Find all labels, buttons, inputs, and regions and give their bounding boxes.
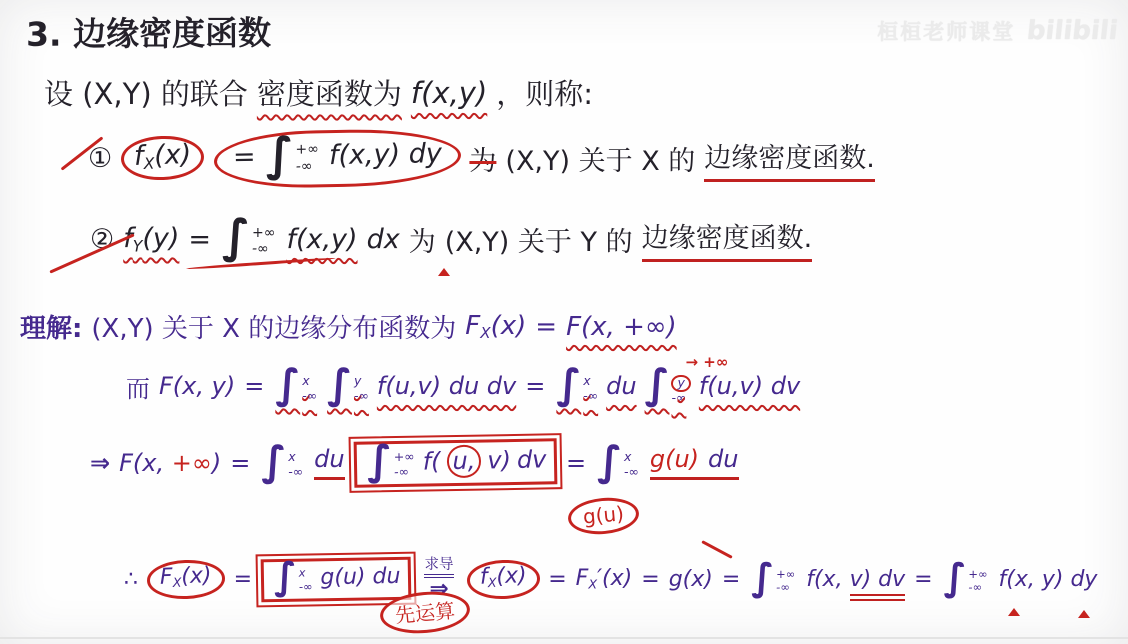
intro-fxy: f(x,y) (411, 76, 487, 110)
understanding-line: 理解: (X,Y) 关于 X 的边缘分布函数为 FX(x) = F(x, +∞) (20, 308, 677, 345)
F-prime-unit: FX′(x) (576, 566, 633, 593)
f-open: f( (422, 448, 440, 476)
understand-label: 理解: (20, 308, 82, 345)
intro-pre: 设 (X,Y) 的联合 (44, 72, 248, 113)
double-integral-group: ∫x-∞ ∫y-∞ f(u,v) du dv (273, 368, 516, 405)
limit-becomes-infinity: → +∞ (685, 355, 728, 370)
wei-struck: 为 (469, 139, 496, 178)
upper-limit: +∞ (776, 569, 795, 580)
outer-integral-group: ∫x-∞ du ∫y→ +∞-∞ f(u,v) dv (554, 368, 800, 405)
fx2-sub: X (487, 576, 496, 591)
fxv-pre: f(x, (806, 567, 842, 592)
box-body: g(u) du (320, 564, 400, 590)
integral-icon: ∫ (274, 560, 297, 594)
Fx-unit: FX(x) (465, 311, 526, 342)
fy-sub: Y (133, 236, 143, 255)
lower-limit: -∞ (288, 466, 303, 478)
lower-limit: -∞ (354, 390, 369, 402)
du2: du (708, 445, 738, 473)
upper-limit: x (299, 568, 313, 580)
integral-icon: ∫ (645, 366, 670, 403)
upper-limit: y (677, 375, 684, 390)
equals: = (535, 312, 557, 342)
integral-icon: ∫ (751, 561, 774, 595)
upper-limit: +∞ (968, 569, 987, 580)
therefore-sign: ∴ (124, 567, 138, 592)
implies-arrow: ⇒ (90, 449, 110, 477)
integral-icon: ∫ (327, 366, 352, 403)
gx: g(x) (669, 567, 713, 592)
fy-arg: (y) (142, 223, 179, 254)
intro-post: ，则称: (496, 72, 593, 113)
understand-body: (X,Y) 关于 X 的边缘分布函数为 (91, 308, 456, 345)
equals: = (188, 224, 211, 255)
Fp-sub: X (588, 578, 597, 593)
er-lead: 而 (126, 369, 150, 404)
lower-limit: -∞ (624, 466, 639, 478)
integral: ∫+∞-∞ (265, 135, 319, 177)
integral-icon: ∫ (265, 134, 294, 176)
dx: dx (367, 224, 400, 255)
integrand: f(u,v) dv (699, 372, 800, 400)
lower-limit: -∞ (302, 390, 317, 402)
integral-icon: ∫ (275, 366, 300, 403)
notes-page: 桓桓老师课堂 bilibili 3. 边缘密度函数 设 (X,Y) 的联合 密度… (0, 0, 1128, 644)
intro-underlined: 密度函数为 (257, 72, 402, 113)
integrand: f(x,y) dy (328, 138, 441, 171)
integral: ∫y-∞ (327, 368, 369, 405)
upper-limit: y (354, 375, 369, 387)
def2-term: 边缘密度函数. (642, 216, 813, 262)
red-ellipse-integral: = ∫+∞-∞ f(x,y) dy (213, 128, 461, 190)
integral-icon: ∫ (597, 443, 622, 480)
red-circled-u: u, (446, 444, 481, 478)
FX-arg: (x) (181, 563, 212, 589)
fxv-unit: f(x, v) dv (806, 567, 905, 592)
integral: ∫+∞-∞ (751, 563, 795, 597)
FX-F: F (159, 565, 173, 590)
equals: = (525, 372, 545, 400)
def2-mid: (X,Y) 关于 Y 的 (445, 220, 633, 259)
red-check-stroke (701, 540, 732, 559)
equals: = (722, 567, 740, 592)
Fp-arg: ′(x) (597, 566, 632, 591)
red-plus-infinity: +∞ (172, 449, 212, 477)
red-mark (1008, 608, 1020, 616)
gu-bubble: g(u) (567, 495, 641, 537)
wei: 为 (409, 220, 436, 259)
red-box-inner-integral: ∫+∞-∞ f( u, v) dv (353, 438, 557, 487)
gu-red: g(u) (650, 445, 699, 473)
gu-du-underlined: g(u)du (650, 445, 739, 480)
bilibili-logo-icon: bilibili (1026, 16, 1120, 46)
upper-limit: x (288, 451, 303, 463)
integral: ∫y→ +∞-∞ (645, 368, 691, 405)
integral: ∫+∞-∞ (366, 444, 414, 482)
integral: ∫x-∞ (261, 445, 303, 482)
title-text: 3. 边缘密度函数 (26, 7, 271, 56)
watermark-text: 桓桓老师课堂 (877, 16, 1015, 46)
upper-limit: x (302, 375, 317, 387)
du-underlined: du (314, 445, 344, 480)
red-mark (438, 268, 450, 276)
lower-limit: -∞ (295, 159, 319, 173)
definition-1: ① fX(x) = ∫+∞-∞ f(x,y) dy 为 (X,Y) 关于 X 的… (88, 130, 875, 187)
integral: ∫x-∞ (597, 445, 639, 482)
fxv-underlined: v) dv (850, 567, 906, 601)
lower-limit: -∞ (299, 581, 313, 593)
red-box-gu-integral: ∫x-∞ g(u) du (261, 557, 412, 602)
understand-rhs: F(x, +∞) (566, 312, 677, 342)
upper-limit: +∞ (252, 226, 275, 240)
lower-limit: -∞ (394, 465, 415, 478)
lhs-pre: F(x, (119, 449, 164, 477)
intro-line: 设 (X,Y) 的联合 密度函数为 f(x,y) ，则称: (44, 72, 593, 113)
def1-term: 边缘密度函数. (704, 136, 875, 182)
du: du (606, 372, 636, 400)
equals: = (566, 449, 586, 477)
fx-arg: (x) (154, 139, 192, 171)
equals: = (641, 567, 659, 592)
integral-icon: ∫ (556, 366, 581, 403)
v-close: v) (487, 446, 511, 474)
integral-icon: ∫ (366, 442, 392, 479)
integrand: f(x,y) (286, 224, 357, 255)
definition-2: ② fY(y) = ∫+∞-∞ f(x,y) dx 为 (X,Y) 关于 Y 的… (90, 216, 812, 262)
integrand: f(u,v) du dv (377, 372, 516, 400)
upper-limit: +∞ (295, 143, 319, 157)
integral-icon: ∫ (222, 216, 250, 257)
integral: ∫+∞-∞ (944, 563, 988, 597)
red-circle-fx2: fX(x) (466, 559, 540, 600)
integral: ∫x-∞ (274, 561, 313, 595)
equals: = (548, 567, 566, 592)
red-circle-fx: fX(x) (120, 135, 205, 182)
frame-bottom-edge (0, 637, 1128, 639)
Fp-F: F (576, 566, 589, 591)
integral-icon: ∫ (261, 443, 286, 480)
equals: = (914, 567, 932, 592)
fx2-f: f (479, 565, 488, 590)
red-circled-limit: y→ +∞ (671, 375, 690, 392)
lower-limit: -∞ (671, 392, 690, 404)
fx2-arg: (x) (496, 563, 527, 589)
equals: = (234, 567, 252, 592)
integral: ∫x-∞ (556, 368, 598, 405)
lhs-close: ) (212, 449, 221, 477)
conclusion-line: ∴ FX(x) = ∫x-∞ g(u) du 求导⇒ fX(x) = FX′(x… (124, 558, 1097, 601)
integral: ∫+∞-∞ (222, 218, 275, 259)
joint-cdf-line: 而 F(x, y) = ∫x-∞ ∫y-∞ f(u,v) du dv = ∫x-… (126, 368, 800, 405)
upper-limit: +∞ (393, 450, 414, 463)
red-mark (1078, 610, 1090, 618)
red-circle-FX: FX(x) (146, 559, 225, 600)
upper-limit: x (624, 451, 639, 463)
integral: ∫x-∞ (275, 368, 317, 405)
Fx-infty: F(x, +∞) (119, 449, 221, 477)
section-title: 3. 边缘密度函数 (26, 7, 271, 56)
Fx-arg: (x) (491, 311, 527, 341)
fxy-final: f(x, y) dy (999, 567, 1098, 592)
implication-line: ⇒ F(x, +∞) = ∫x-∞ du ∫+∞-∞ f( u, v) dv =… (90, 440, 739, 486)
lower-limit: -∞ (252, 242, 275, 256)
integral-icon: ∫ (944, 561, 967, 595)
equals: = (232, 142, 255, 173)
Fx-sub: X (480, 324, 490, 342)
lower-limit: -∞ (583, 390, 598, 402)
dv: dv (516, 446, 546, 475)
watermark: 桓桓老师课堂 bilibili (877, 16, 1118, 46)
lower-limit: -∞ (968, 582, 987, 593)
equals: = (230, 449, 250, 477)
derivative-label: 求导 (424, 558, 453, 578)
equals: = (244, 372, 264, 400)
fy-unit: fY(y) (123, 223, 179, 255)
Fx-F: F (465, 311, 480, 341)
def1-mid: (X,Y) 关于 X 的 (505, 139, 695, 178)
er-lhs: F(x, y) (159, 372, 235, 400)
upper-limit: x (583, 375, 598, 387)
lower-limit: -∞ (776, 582, 795, 593)
